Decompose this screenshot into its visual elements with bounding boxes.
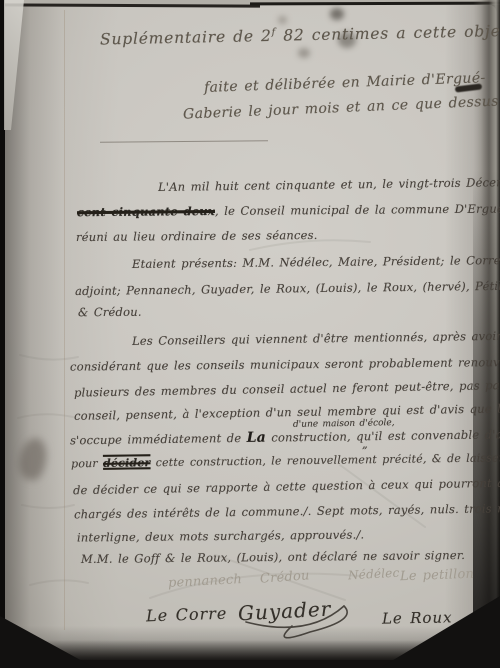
margin-rule-line bbox=[64, 10, 65, 630]
body-line-6: & Crédou. bbox=[78, 305, 142, 320]
body-text: , le Conseil municipal de la commune D'E… bbox=[215, 201, 500, 218]
body-line-15: interligne, deux mots surchargés, approu… bbox=[77, 527, 364, 544]
scribbled-out-text: décider bbox=[103, 456, 151, 470]
signature-ink-guyader: Guyader bbox=[237, 597, 331, 626]
ink-stain bbox=[298, 48, 310, 58]
signature-ink-leroux: Le Roux bbox=[382, 608, 453, 627]
body-line-3: réuni au lieu ordinaire de ses séances. bbox=[76, 228, 318, 244]
body-text: s'occupe immédiatement de bbox=[70, 431, 247, 447]
heading-text: Suplémentaire de 2 bbox=[100, 27, 272, 49]
body-text: construction, qu'il est convenable d'att… bbox=[266, 427, 500, 445]
struck-text: cent cinquante deux bbox=[77, 204, 215, 219]
overwritten-text: La bbox=[247, 430, 267, 446]
manuscript-photo: Suplémentaire de 2f 82 centimes a cette … bbox=[0, 0, 500, 668]
caret-mark: „ bbox=[362, 438, 368, 451]
ink-stain bbox=[330, 8, 344, 20]
body-text: pour bbox=[71, 457, 103, 470]
ink-stain bbox=[278, 16, 287, 24]
signature-pencil-petillon: Le petillon bbox=[400, 567, 475, 585]
signature-ink-lecorre: Le Corre bbox=[146, 604, 228, 626]
right-edge-shadow bbox=[473, 170, 500, 668]
signature-pencil-nedelec: Nédélec bbox=[348, 566, 400, 583]
